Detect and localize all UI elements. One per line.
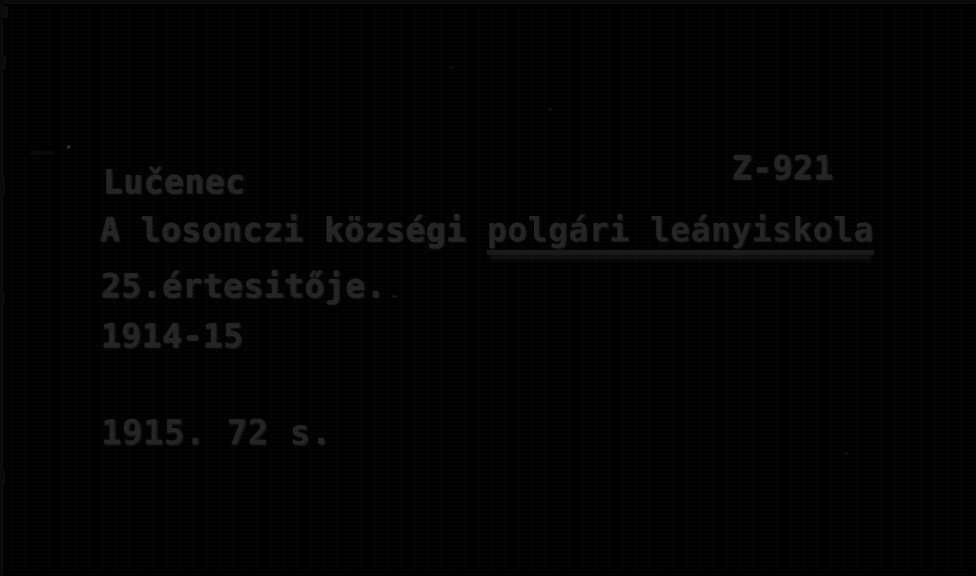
call-number: Z-921 <box>732 151 834 184</box>
scan-artifact <box>0 56 6 70</box>
catalog-card-scan: Lučenec Z-921 A losonczi községi polgári… <box>0 0 976 576</box>
school-year-range: 1914-15 <box>101 319 244 352</box>
title-underlined: polgári leányiskola <box>487 210 874 255</box>
scan-artifact <box>0 6 8 18</box>
scan-artifact <box>0 176 5 196</box>
title-prefix: A losonczi községi <box>100 210 487 249</box>
typewritten-text-layer: Lučenec Z-921 A losonczi községi polgári… <box>0 0 976 576</box>
scan-artifact <box>0 292 5 304</box>
title-line: A losonczi községi polgári leányiskola <box>100 213 874 246</box>
imprint-line: 1915. 72 s. <box>101 416 332 450</box>
edition-line: 25.értesitője. <box>101 269 386 302</box>
heading-city: Lučenec <box>103 165 246 198</box>
scan-edge-top <box>0 0 976 4</box>
scan-artifact <box>0 470 5 486</box>
scan-edge-left <box>0 0 3 576</box>
